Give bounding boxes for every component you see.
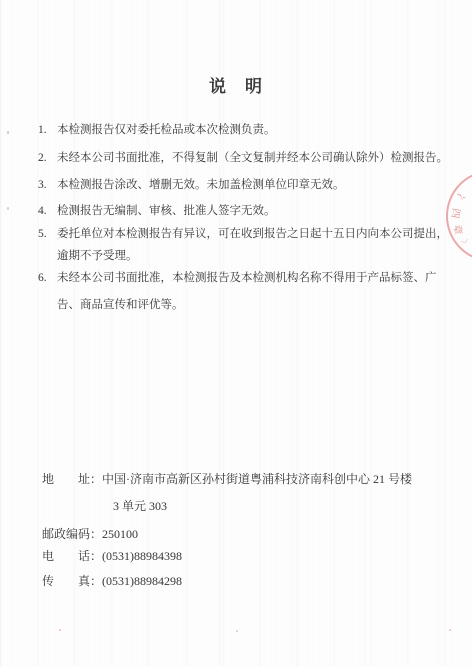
address-row: 地 址：中国·济南市高新区孙村街道粤浦科技济南科创中心 21 号楼 xyxy=(42,471,412,487)
note-text: 委托单位对本检测报告有异议，可在收到报告之日起十五日内向本公司提出， xyxy=(57,228,448,240)
note-text: 未经本公司书面批准，本检测报告及本检测机构名称不得用于产品标签、广 xyxy=(57,272,437,284)
scan-speck xyxy=(59,629,61,631)
note-item-6-continued: 告、商品宣传和评优等。 xyxy=(57,298,184,313)
note-text: 本检测报告涂改、增删无效。未加盖检测单位印章无效。 xyxy=(57,179,345,191)
postal-code-label: 邮政编码： xyxy=(42,526,102,542)
note-number: 4. xyxy=(38,204,57,219)
note-item-2: 2.未经本公司书面批准，不得复制（全文复制并经本公司确认除外）检测报告。 xyxy=(38,151,448,166)
postal-code-value: 250100 xyxy=(102,527,138,541)
scan-speck xyxy=(236,630,238,632)
note-number: 1. xyxy=(38,123,57,138)
page-title: 说 明 xyxy=(0,72,472,97)
telephone-label: 电 话： xyxy=(42,548,102,564)
scan-speck xyxy=(449,629,451,631)
note-item-4: 4.检测报告无编制、审核、批准人签字无效。 xyxy=(38,204,276,219)
note-number: 3. xyxy=(38,178,57,193)
postal-code-row: 邮政编码：250100 xyxy=(42,526,138,542)
note-item-6: 6.未经本公司书面批准，本检测报告及本检测机构名称不得用于产品标签、广 xyxy=(38,271,437,286)
note-number: 2. xyxy=(38,151,57,166)
note-number: 5. xyxy=(38,227,57,242)
fax-label: 传 真： xyxy=(42,573,102,589)
scan-speck xyxy=(7,131,9,134)
address-label: 地 址： xyxy=(42,471,102,487)
note-text: 本检测报告仅对委托检品或本次检测负责。 xyxy=(57,124,276,136)
seal-glyph: 章 xyxy=(451,224,467,235)
fax-value: (0531)88984298 xyxy=(102,574,182,588)
telephone-value: (0531)88984398 xyxy=(102,549,182,563)
note-text: 告、商品宣传和评优等。 xyxy=(57,299,184,311)
note-item-1: 1.本检测报告仅对委托检品或本次检测负责。 xyxy=(38,123,276,138)
address-row-continued: 3 单元 303 xyxy=(113,498,167,514)
scan-speck xyxy=(7,207,9,210)
note-item-5: 5.委托单位对本检测报告有异议，可在收到报告之日起十五日内向本公司提出， xyxy=(38,227,448,242)
fax-row: 传 真：(0531)88984298 xyxy=(42,573,182,589)
note-text: 逾期不予受理。 xyxy=(57,250,138,262)
telephone-row: 电 话：(0531)88984398 xyxy=(42,548,182,564)
note-item-5-continued: 逾期不予受理。 xyxy=(57,249,138,264)
note-number: 6. xyxy=(38,271,57,286)
address-value: 中国·济南市高新区孙村街道粤浦科技济南科创中心 21 号楼 xyxy=(102,472,412,486)
note-text: 检测报告无编制、审核、批准人签字无效。 xyxy=(57,205,276,217)
note-item-3: 3.本检测报告涂改、增删无效。未加盖检测单位印章无效。 xyxy=(38,178,345,193)
note-text: 未经本公司书面批准，不得复制（全文复制并经本公司确认除外）检测报告。 xyxy=(57,152,448,164)
scanned-report-notes-page: 说 明 1.本检测报告仅对委托检品或本次检测负责。 2.未经本公司书面批准，不得… xyxy=(0,0,472,667)
address-value-line2: 3 单元 303 xyxy=(113,499,167,513)
